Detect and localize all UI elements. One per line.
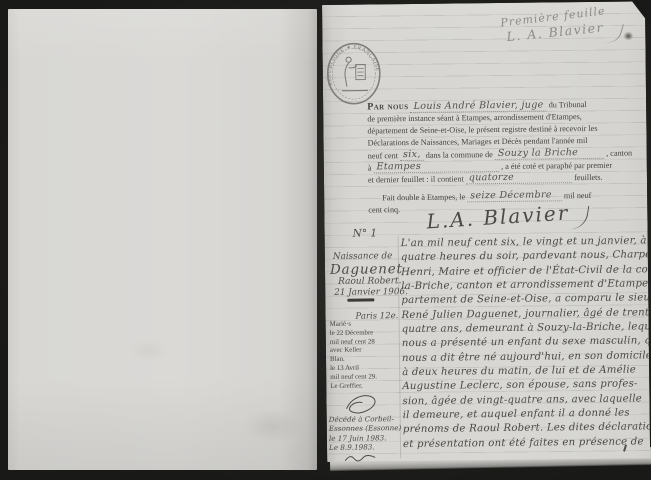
mention-line: le 22 Décembre <box>330 329 377 338</box>
mention-line: mil neuf cent 28 <box>330 338 377 347</box>
death-margin-mention: Décédé à Corbeil-Essonnes (Essonne)le 17… <box>329 414 402 452</box>
printed-text: neuf cent <box>368 151 398 160</box>
handwritten-entry: quatorze <box>466 172 573 185</box>
clerk-signature-squiggle <box>343 452 377 462</box>
act-margin-date: 21 Janvier 1906. <box>334 287 408 298</box>
paper-stain <box>243 409 303 443</box>
mention-line: mil neuf cent 29. <box>330 373 377 382</box>
printed-text: et dernier feuillet : il contient <box>368 174 464 184</box>
printed-text: du Tribunal <box>549 100 587 109</box>
printed-text: Fait double à Etampes, le <box>382 192 465 202</box>
printed-text: mil neuf <box>564 191 592 200</box>
handwritten-entry: Souzy la Briche <box>495 147 604 160</box>
margin-underline-dash <box>347 298 374 301</box>
republique-francaise-seal-icon: RÉPUBLIQUE ✶ FRANÇAISE <box>324 40 383 107</box>
seal-legend: RÉPUBLIQUE ✶ FRANÇAISE <box>324 44 380 86</box>
act-text-line: et présentation ont été faites en présen… <box>403 434 650 452</box>
mention-line: Le 8.9.1983. <box>329 442 402 452</box>
act-margin-title: Naissance de <box>333 251 393 262</box>
printed-text: , a été coté et paraphé par premier <box>501 160 612 170</box>
act-margin-given-names: Raoul Robert. <box>338 276 401 287</box>
handwritten-entry: Louis André Blavier, juge <box>411 99 547 113</box>
marriage-margin-mention: Marié·sle 22 Décembremil neuf cent 28ave… <box>330 320 377 391</box>
printed-text: dans la commune de <box>426 150 493 160</box>
handwritten-entry: six, <box>400 149 424 161</box>
registry-scan: Première feuille L. A. Blavier RÉPUBLIQU… <box>0 0 651 480</box>
printed-text: feuillets. <box>574 173 603 182</box>
register-declaration: Par nous Louis André Blavier, juge du Tr… <box>367 98 633 216</box>
blank-left-page <box>8 9 317 470</box>
svg-text:RÉPUBLIQUE ✶ FRANÇAISE: RÉPUBLIQUE ✶ FRANÇAISE <box>324 44 380 86</box>
statement-line: et dernier feuillet : il contient quator… <box>368 171 633 186</box>
ink-smudge <box>623 31 633 40</box>
pencil-paraph-stroke <box>602 20 624 46</box>
birth-act-text: L'an mil neuf cent six, le vingt et un j… <box>401 233 651 452</box>
register-page: Première feuille L. A. Blavier RÉPUBLIQU… <box>322 1 650 462</box>
printed-text: Par nous <box>367 101 408 112</box>
act-number: N° 1 <box>353 227 378 239</box>
printed-text: , canton <box>606 148 632 157</box>
paper-stain <box>128 339 168 361</box>
mention-line: Essonnes (Essonne) <box>329 424 402 434</box>
printed-text: à <box>368 163 372 172</box>
seated-marianne-figure <box>342 57 368 91</box>
